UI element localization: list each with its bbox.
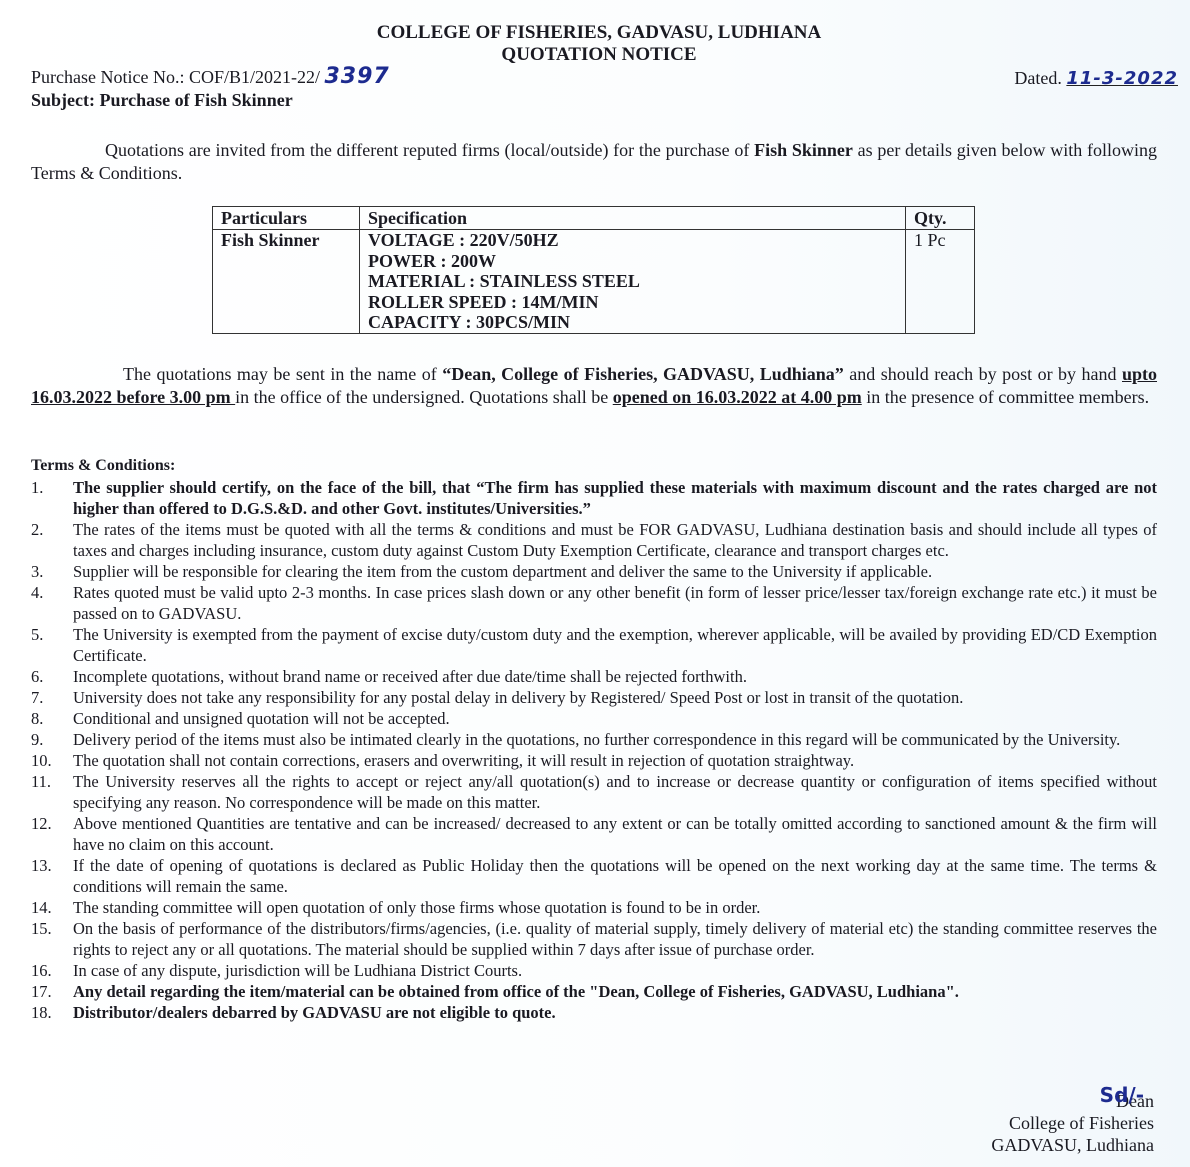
intro-text: Quotations are invited from the differen… [105,140,754,160]
term-text: Rates quoted must be valid upto 2-3 mont… [73,582,1157,624]
term-text: The quotation shall not contain correcti… [73,750,1157,771]
submission-paragraph: The quotations may be sent in the name o… [31,363,1157,409]
term-item: 18.Distributor/dealers debarred by GADVA… [31,1002,1157,1023]
submission-text: in the presence of committee members. [862,387,1149,407]
submission-text: in the office of the undersigned. Quotat… [235,387,613,407]
terms-heading: Terms & Conditions: [31,457,175,475]
notice-date: Dated. 11-3-2022 [1014,68,1178,89]
header-qty: Qty. [906,207,975,230]
notice-number-label: Purchase Notice No.: COF/B1/2021-22/ [31,67,320,87]
term-text: Distributor/dealers debarred by GADVASU … [73,1002,1157,1023]
cell-qty: 1 Pc [906,230,975,334]
term-number: 18. [31,1002,73,1023]
cell-specification: VOLTAGE : 220V/50HZ POWER : 200W MATERIA… [360,230,906,334]
term-text: Supplier will be responsible for clearin… [73,561,1157,582]
term-item: 5.The University is exempted from the pa… [31,624,1157,666]
term-item: 2.The rates of the items must be quoted … [31,519,1157,561]
term-item: 17.Any detail regarding the item/materia… [31,981,1157,1002]
term-item: 16.In case of any dispute, jurisdiction … [31,960,1157,981]
term-item: 8.Conditional and unsigned quotation wil… [31,708,1157,729]
addressee: “Dean, College of Fisheries, GADVASU, Lu… [442,364,844,384]
term-text: On the basis of performance of the distr… [73,918,1157,960]
spec-line: POWER : 200W [368,251,897,272]
term-text: In case of any dispute, jurisdiction wil… [73,960,1157,981]
signature-block: Sd/- Dean College of Fisheries GADVASU, … [991,1090,1154,1156]
term-number: 16. [31,960,73,981]
submission-text: and should reach by post or by hand [844,364,1122,384]
term-text: Any detail regarding the item/material c… [73,981,1157,1002]
term-item: 7.University does not take any responsib… [31,687,1157,708]
header-particulars: Particulars [213,207,360,230]
term-number: 10. [31,750,73,771]
table-header-row: Particulars Specification Qty. [213,207,975,230]
term-item: 4.Rates quoted must be valid upto 2-3 mo… [31,582,1157,624]
term-text: If the date of opening of quotations is … [73,855,1157,897]
term-text: The University reserves all the rights t… [73,771,1157,813]
purchase-notice-number: Purchase Notice No.: COF/B1/2021-22/ 339… [31,64,390,89]
term-text: The standing committee will open quotati… [73,897,1157,918]
handwritten-notice-number: 3397 [324,64,389,89]
term-number: 12. [31,813,73,855]
signatory-location: GADVASU, Ludhiana [991,1134,1154,1156]
term-number: 5. [31,624,73,666]
intro-paragraph: Quotations are invited from the differen… [31,139,1157,185]
term-number: 14. [31,897,73,918]
signatory-org: College of Fisheries [991,1112,1154,1134]
intro-item: Fish Skinner [754,140,853,160]
term-text: The University is exempted from the paym… [73,624,1157,666]
term-item: 12.Above mentioned Quantities are tentat… [31,813,1157,855]
term-text: Incomplete quotations, without brand nam… [73,666,1157,687]
notice-title: QUOTATION NOTICE [4,44,1190,66]
term-item: 1.The supplier should certify, on the fa… [31,477,1157,519]
term-text: Delivery period of the items must also b… [73,729,1157,750]
spec-line: MATERIAL : STAINLESS STEEL [368,271,897,292]
term-number: 9. [31,729,73,750]
term-item: 14.The standing committee will open quot… [31,897,1157,918]
term-item: 3.Supplier will be responsible for clear… [31,561,1157,582]
term-number: 1. [31,477,73,519]
opening-datetime: opened on 16.03.2022 at 4.00 pm [613,387,862,407]
term-text: University does not take any responsibil… [73,687,1157,708]
document-page: COLLEGE OF FISHERIES, GADVASU, LUDHIANA … [0,0,1190,1167]
term-number: 2. [31,519,73,561]
subject-line: Subject: Purchase of Fish Skinner [31,90,293,111]
submission-text: The quotations may be sent in the name o… [123,364,442,384]
term-number: 4. [31,582,73,624]
terms-list: 1.The supplier should certify, on the fa… [31,477,1157,1023]
signature-mark: Sd/- [1100,1084,1144,1106]
term-text: The rates of the items must be quoted wi… [73,519,1157,561]
spec-line: VOLTAGE : 220V/50HZ [368,230,897,251]
spec-line: ROLLER SPEED : 14M/MIN [368,292,897,313]
specification-table: Particulars Specification Qty. Fish Skin… [212,206,975,334]
table-row: Fish Skinner VOLTAGE : 220V/50HZ POWER :… [213,230,975,334]
term-text: Conditional and unsigned quotation will … [73,708,1157,729]
term-number: 15. [31,918,73,960]
term-item: 15.On the basis of performance of the di… [31,918,1157,960]
term-item: 6.Incomplete quotations, without brand n… [31,666,1157,687]
term-number: 17. [31,981,73,1002]
spec-line: CAPACITY : 30PCS/MIN [368,312,897,333]
term-number: 6. [31,666,73,687]
handwritten-date: 11-3-2022 [1066,68,1178,89]
header-specification: Specification [360,207,906,230]
term-number: 8. [31,708,73,729]
term-number: 3. [31,561,73,582]
term-number: 11. [31,771,73,813]
term-item: 13.If the date of opening of quotations … [31,855,1157,897]
term-item: 10.The quotation shall not contain corre… [31,750,1157,771]
cell-particular: Fish Skinner [213,230,360,334]
dated-label: Dated. [1014,68,1061,88]
term-number: 13. [31,855,73,897]
term-number: 7. [31,687,73,708]
term-text: Above mentioned Quantities are tentative… [73,813,1157,855]
term-item: 11.The University reserves all the right… [31,771,1157,813]
institution-heading: COLLEGE OF FISHERIES, GADVASU, LUDHIANA [4,22,1190,44]
term-item: 9.Delivery period of the items must also… [31,729,1157,750]
term-text: The supplier should certify, on the face… [73,477,1157,519]
